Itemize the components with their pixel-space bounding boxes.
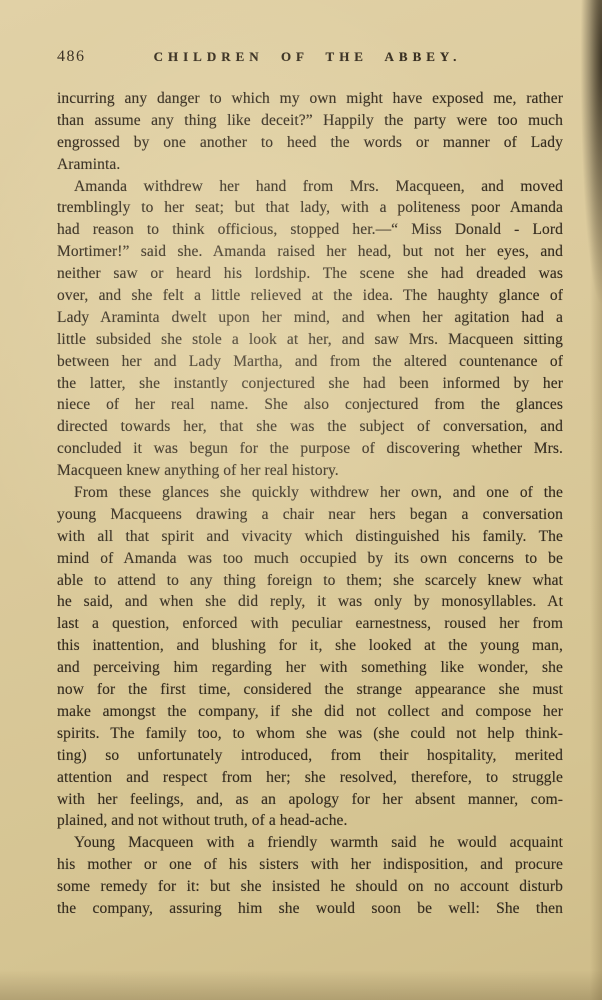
book-page: 486 CHILDREN OF THE ABBEY. incurring any… (0, 0, 602, 1000)
body-line: with her feelings, and, as an apology fo… (57, 789, 563, 811)
body-line: had reason to think officious, stopped h… (57, 219, 563, 241)
body-line: tremblingly to her seat; but that lady, … (57, 197, 563, 219)
body-line: able to attend to any thing foreign to t… (57, 570, 563, 592)
body-line: than assume any thing like deceit?” Happ… (57, 110, 563, 132)
body-line: the company, assuring him she would soon… (57, 898, 563, 920)
running-title: CHILDREN OF THE ABBEY. (119, 49, 496, 65)
body-line: niece of her real name. She also conject… (57, 394, 563, 416)
body-line: between her and Lady Martha, and from th… (57, 351, 563, 373)
body-line: mind of Amanda was too much occupied by … (57, 548, 563, 570)
body-line: directed towards her, that she was the s… (57, 416, 563, 438)
body-line: attention and respect from her; she reso… (57, 767, 563, 789)
body-line: little subsided she stole a look at her,… (57, 329, 563, 351)
body-line: engrossed by one another to heed the wor… (57, 132, 563, 154)
body-line: this inattention, and blushing for it, s… (57, 635, 563, 657)
body-line: with all that spirit and vivacity which … (57, 526, 563, 548)
body-line: he said, and when she did reply, it was … (57, 591, 563, 613)
page-body: incurring any danger to which my own mig… (57, 88, 563, 920)
body-line: young Macqueens drawing a chair near her… (57, 504, 563, 526)
body-line: Mortimer!” said she. Amanda raised her h… (57, 241, 563, 263)
body-line: Araminta. (57, 154, 563, 176)
page-number: 486 (57, 48, 119, 66)
body-line: and perceiving him regarding her with so… (57, 657, 563, 679)
body-line: make amongst the company, if she did not… (57, 701, 563, 723)
body-line: incurring any danger to which my own mig… (57, 88, 563, 110)
body-line: last a question, enforced with peculiar … (57, 613, 563, 635)
body-line: neither saw or heard his lordship. The s… (57, 263, 563, 285)
body-line: now for the first time, considered the s… (57, 679, 563, 701)
body-line: Lady Araminta dwelt upon her mind, and w… (57, 307, 563, 329)
body-line: ting) so unfortunately introduced, from … (57, 745, 563, 767)
body-line: From these glances she quickly withdrew … (57, 482, 563, 504)
body-line: concluded it was begun for the purpose o… (57, 438, 563, 460)
body-line: plained, and not without truth, of a hea… (57, 810, 563, 832)
page-header: 486 CHILDREN OF THE ABBEY. (57, 48, 558, 66)
body-line: over, and she felt a little relieved at … (57, 285, 563, 307)
body-line: his mother or one of his sisters with he… (57, 854, 563, 876)
body-line: some remedy for it: but she insisted he … (57, 876, 563, 898)
body-line: the latter, she instantly conjectured sh… (57, 373, 563, 395)
body-line: Macqueen knew anything of her real histo… (57, 460, 563, 482)
body-line: Young Macqueen with a friendly warmth sa… (57, 832, 563, 854)
body-line: spirits. The family too, to whom she was… (57, 723, 563, 745)
body-line: Amanda withdrew her hand from Mrs. Macqu… (57, 176, 563, 198)
